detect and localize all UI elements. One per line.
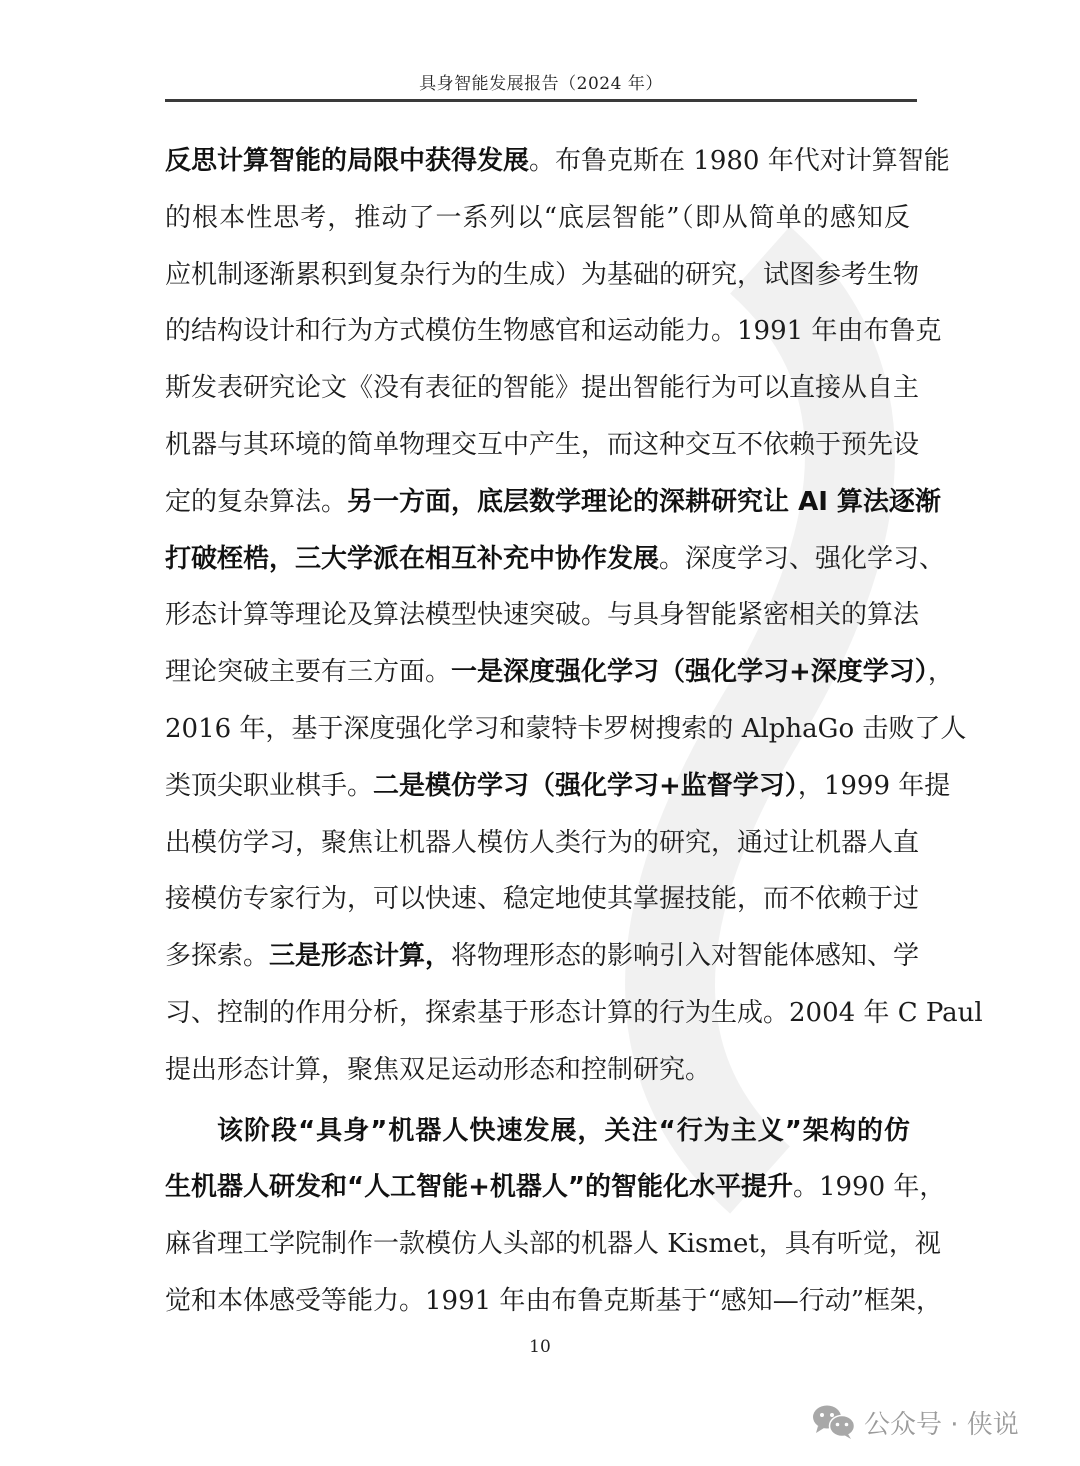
text-line: 2016 年，基于深度强化学习和蒙特卡罗树搜索的 AlphaGo 击败了人 [165,705,910,762]
bold-text-segment: 反思计算智能的局限中获得发展 [165,146,529,176]
wechat-account-label: 公众号 · 侠说 [864,1404,1019,1441]
bold-text-segment: 生机器人研发和“人工智能+机器人”的智能化水平提升 [165,1172,793,1202]
bold-text-segment: 三是形态计算， [269,941,451,971]
text-segment: 觉和本体感受等能力。1991 年由布鲁克斯基于“感知—行动”框架， [165,1286,942,1316]
text-line: 理论突破主要有三方面。一是深度强化学习（强化学习+深度学习）， [165,648,910,705]
text-segment: 多探索。 [165,941,269,971]
bold-text-segment: 二是模仿学习（强化学习+监督学习） [373,771,798,801]
running-header: 具身智能发展报告（2024 年） [165,72,917,96]
wechat-account-watermark: 公众号 · 侠说 [812,1402,1019,1442]
bold-text-segment: 一是深度强化学习（强化学习+深度学习） [451,657,928,687]
text-segment: 的根本性思考，推动了一系列以“底层智能”（即从简单的感知反 [165,203,910,233]
text-line: 应机制逐渐累积到复杂行为的生成）为基础的研究，试图参考生物 [165,251,910,308]
text-segment: 。布鲁克斯在 1980 年代对计算智能 [529,146,950,176]
text-segment: 提出形态计算，聚焦双足运动形态和控制研究。 [165,1055,711,1085]
page-number: 10 [0,1337,1080,1357]
text-line: 打破桎梏，三大学派在相互补充中协作发展。深度学习、强化学习、 [165,535,910,592]
text-segment: 接模仿专家行为，可以快速、稳定地使其掌握技能，而不依赖于过 [165,884,919,914]
text-line: 麻省理工学院制作一款模仿人头部的机器人 Kismet，具有听觉，视 [165,1220,910,1277]
text-line: 觉和本体感受等能力。1991 年由布鲁克斯基于“感知—行动”框架， [165,1277,910,1334]
text-line: 出模仿学习，聚焦让机器人模仿人类行为的研究，通过让机器人直 [165,819,910,876]
body-text: 反思计算智能的局限中获得发展。布鲁克斯在 1980 年代对计算智能的根本性思考，… [165,137,910,1334]
text-line: 斯发表研究论文《没有表征的智能》提出智能行为可以直接从自主 [165,364,910,421]
text-segment: 形态计算等理论及算法模型快速突破。与具身智能紧密相关的算法 [165,600,919,630]
text-line: 类顶尖职业棋手。二是模仿学习（强化学习+监督学习），1999 年提 [165,762,910,819]
text-line: 生机器人研发和“人工智能+机器人”的智能化水平提升。1990 年， [165,1163,910,1220]
text-segment: 2016 年，基于深度强化学习和蒙特卡罗树搜索的 AlphaGo 击败了人 [165,714,966,744]
text-segment: 定的复杂算法。 [165,487,347,517]
text-segment: 机器与其环境的简单物理交互中产生，而这种交互不依赖于预先设 [165,430,919,460]
text-segment: 理论突破主要有三方面。 [165,657,451,687]
text-segment: ， [928,657,954,687]
text-line: 形态计算等理论及算法模型快速突破。与具身智能紧密相关的算法 [165,591,910,648]
text-line: 提出形态计算，聚焦双足运动形态和控制研究。 [165,1046,910,1103]
text-segment: 习、控制的作用分析，探索基于形态计算的行为生成。2004 年 C Paul [165,998,983,1028]
text-line: 反思计算智能的局限中获得发展。布鲁克斯在 1980 年代对计算智能 [165,137,910,194]
text-segment: 的结构设计和行为方式模仿生物感官和运动能力。1991 年由布鲁克 [165,316,941,346]
text-line: 该阶段“具身”机器人快速发展，关注“行为主义”架构的仿 [165,1107,910,1164]
text-line: 习、控制的作用分析，探索基于形态计算的行为生成。2004 年 C Paul [165,989,910,1046]
text-line: 的结构设计和行为方式模仿生物感官和运动能力。1991 年由布鲁克 [165,307,910,364]
text-line: 的根本性思考，推动了一系列以“底层智能”（即从简单的感知反 [165,194,910,251]
text-segment: 。深度学习、强化学习、 [659,544,945,574]
bold-text-segment: 打破桎梏，三大学派在相互补充中协作发展 [165,544,659,574]
text-segment: 类顶尖职业棋手。 [165,771,373,801]
text-line: 接模仿专家行为，可以快速、稳定地使其掌握技能，而不依赖于过 [165,875,910,932]
wechat-icon [812,1404,856,1440]
bold-text-segment: 该阶段“具身”机器人快速发展，关注“行为主义”架构的仿 [217,1116,910,1146]
text-segment: 应机制逐渐累积到复杂行为的生成）为基础的研究，试图参考生物 [165,260,919,290]
text-line: 定的复杂算法。另一方面，底层数学理论的深耕研究让 AI 算法逐渐 [165,478,910,535]
text-segment: 将物理形态的影响引入对智能体感知、学 [451,941,919,971]
text-segment: 。1990 年， [793,1172,945,1202]
text-line: 机器与其环境的简单物理交互中产生，而这种交互不依赖于预先设 [165,421,910,478]
text-segment: 斯发表研究论文《没有表征的智能》提出智能行为可以直接从自主 [165,373,919,403]
header-divider [165,99,917,102]
text-line: 多探索。三是形态计算，将物理形态的影响引入对智能体感知、学 [165,932,910,989]
text-segment: 出模仿学习，聚焦让机器人模仿人类行为的研究，通过让机器人直 [165,828,919,858]
text-segment: 麻省理工学院制作一款模仿人头部的机器人 Kismet，具有听觉，视 [165,1229,941,1259]
text-segment: ，1999 年提 [798,771,950,801]
bold-text-segment: 另一方面，底层数学理论的深耕研究让 AI 算法逐渐 [347,487,941,517]
